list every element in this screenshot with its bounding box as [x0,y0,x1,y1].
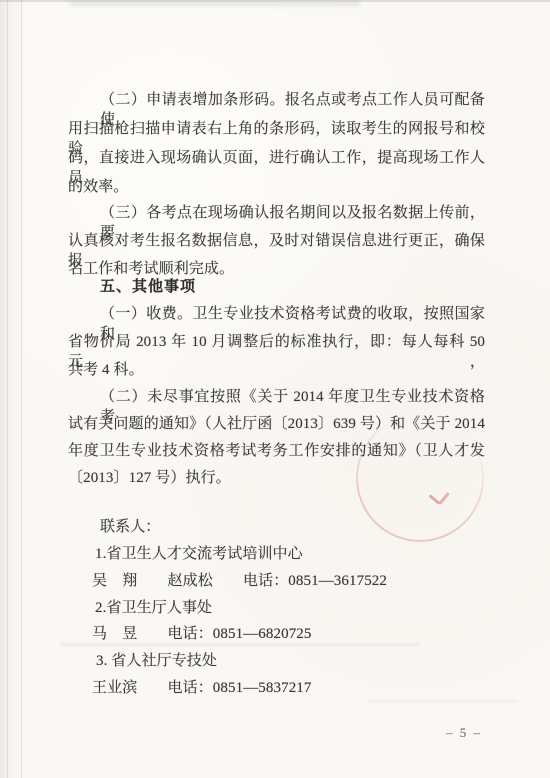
contact-hr-dept: 3. 省人社厅专技处 [96,651,217,671]
scan-smudge [70,0,360,6]
scan-edge-line [7,0,8,778]
section-heading: 五、其他事项 [100,277,196,297]
contact-center-phone: 吴 翔 赵成松 电话：0851—3617522 [92,571,387,591]
para1-line4: 的效率。 [68,177,128,197]
para4-line2: 试有关问题的通知》（人社厅函〔2013〕639 号）和《关于 2014 [68,414,485,434]
contacts-title: 联系人： [100,517,160,537]
contact-center: 1.省卫生人才交流考试培训中心 [95,544,303,564]
contact-personnel-dept: 2.省卫生厅人事处 [95,598,212,618]
para3-line3: 共考 4 科。 [68,360,144,380]
scanned-document-page: （二）申请表增加条形码。报名点或考点工作人员可配备使 用扫描枪扫描申请表右上角的… [0,0,550,778]
page-number: – 5 – [446,725,482,741]
paper-edge-line [21,0,22,778]
para1-line3: 码，直接进入现场确认页面，进行确认工作，提高现场工作人员 [68,148,485,188]
para4-line3: 年度卫生专业技术资格考试考务工作安排的通知》（卫人才发 [68,441,485,461]
contact-personnel-phone: 马 昱 电话：0851—6820725 [92,624,312,644]
para2-line3: 名工作和考试顺利完成。 [68,259,234,279]
contact-hr-phone: 王业滨 电话：0851—5837217 [92,678,312,698]
para4-line4: 〔2013〕127 号）执行。 [68,468,231,488]
scan-streak [368,700,518,702]
